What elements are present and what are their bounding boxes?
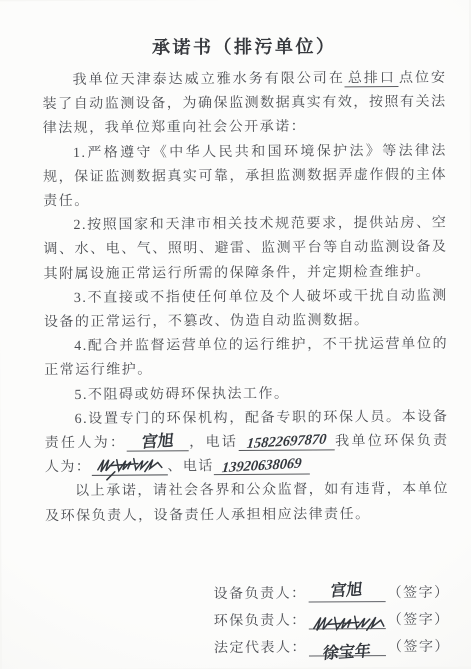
intro-paragraph: 我单位天津泰达威立雅水务有限公司在总排口点位安装了自动监测设备，为确保监测数据真… — [42, 67, 446, 142]
closing-paragraph: 以上承诺，请社会各界和公众监督，如有违背，本单位及环保负责人，设备责任人承担相应… — [45, 478, 449, 529]
env-person-phone-handwriting: 13920638069 — [221, 457, 302, 476]
clause-6: 6.设置专门的环保机构，配备专职的环保人员。本设备责任人为：宫旭，电话15822… — [44, 406, 448, 481]
clause-1: 1.严格遵守《中华人民共和国环境保护法》等法律法规，保证监测数据真实可靠，承担监… — [43, 139, 447, 214]
clause-5: 5.不阻碍或妨碍环保执法工作。 — [44, 381, 448, 408]
device-person-signature-label: 设备负责人： — [214, 582, 307, 603]
document-content: 承诺书（排污单位） 我单位天津泰达威立雅水务有限公司在总排口点位安装了自动监测设… — [0, 0, 471, 658]
intro-text-before: 我单位天津泰达威立雅水务有限公司在 — [72, 71, 344, 88]
env-person-signature-label: 环保负责人： — [214, 609, 307, 630]
device-person-signature-line: 宫旭 — [308, 577, 385, 602]
clause6-text-4: 、电话 — [167, 459, 214, 474]
device-person-signature-handwriting: 宫旭 — [330, 576, 364, 601]
device-person-phone-field: 15822697870 — [238, 434, 334, 451]
env-person-phone-field: 13920638069 — [214, 459, 310, 476]
clause-3: 3.不直接或不指使任何单位及个人破坏或干扰自动监测设备的正常运行，不篡改、伪造自… — [44, 285, 448, 336]
device-person-name-handwriting: 宫旭 — [141, 435, 174, 451]
env-person-name-field — [91, 457, 167, 476]
sign-here-hint-3: （签字） — [388, 636, 450, 656]
sign-here-hint-2: （签字） — [388, 609, 450, 629]
signature-row-env-person: 环保负责人： （签字） — [214, 602, 450, 630]
clause6-text-2: ，电话 — [188, 435, 238, 450]
signature-block: 设备负责人： 宫旭 （签字） 环保负责人： （签字） 法定代表人： 徐宝年 （签… — [213, 575, 449, 657]
legal-rep-signature-handwriting: 徐宝年 — [322, 638, 372, 664]
monitoring-point-blank: 总排口 — [345, 71, 399, 87]
signature-row-device-person: 设备负责人： 宫旭 （签字） — [213, 575, 449, 603]
clause-4: 4.配合并监督运营单位的运行维护，不干扰运营单位的正常运行维护。 — [44, 333, 448, 384]
clause-2: 2.按照国家和天津市相关技术规范要求，提供站房、空调、水、电、气、照明、避雷、监… — [43, 212, 447, 287]
legal-rep-signature-label: 法定代表人： — [214, 636, 307, 657]
scanned-document-page: 承诺书（排污单位） 我单位天津泰达威立雅水务有限公司在总排口点位安装了自动监测设… — [0, 0, 471, 668]
device-person-name-field: 宫旭 — [126, 435, 188, 451]
env-person-signature-line — [309, 614, 386, 629]
legal-rep-signature-line: 徐宝年 — [309, 639, 386, 656]
sign-here-hint-1: （签字） — [388, 582, 450, 602]
document-title: 承诺书（排污单位） — [42, 32, 446, 60]
illegible-signature-scribble-icon — [309, 614, 385, 634]
illegible-signature-scribble-icon — [94, 457, 164, 475]
device-person-phone-handwriting: 15822697870 — [246, 432, 327, 451]
